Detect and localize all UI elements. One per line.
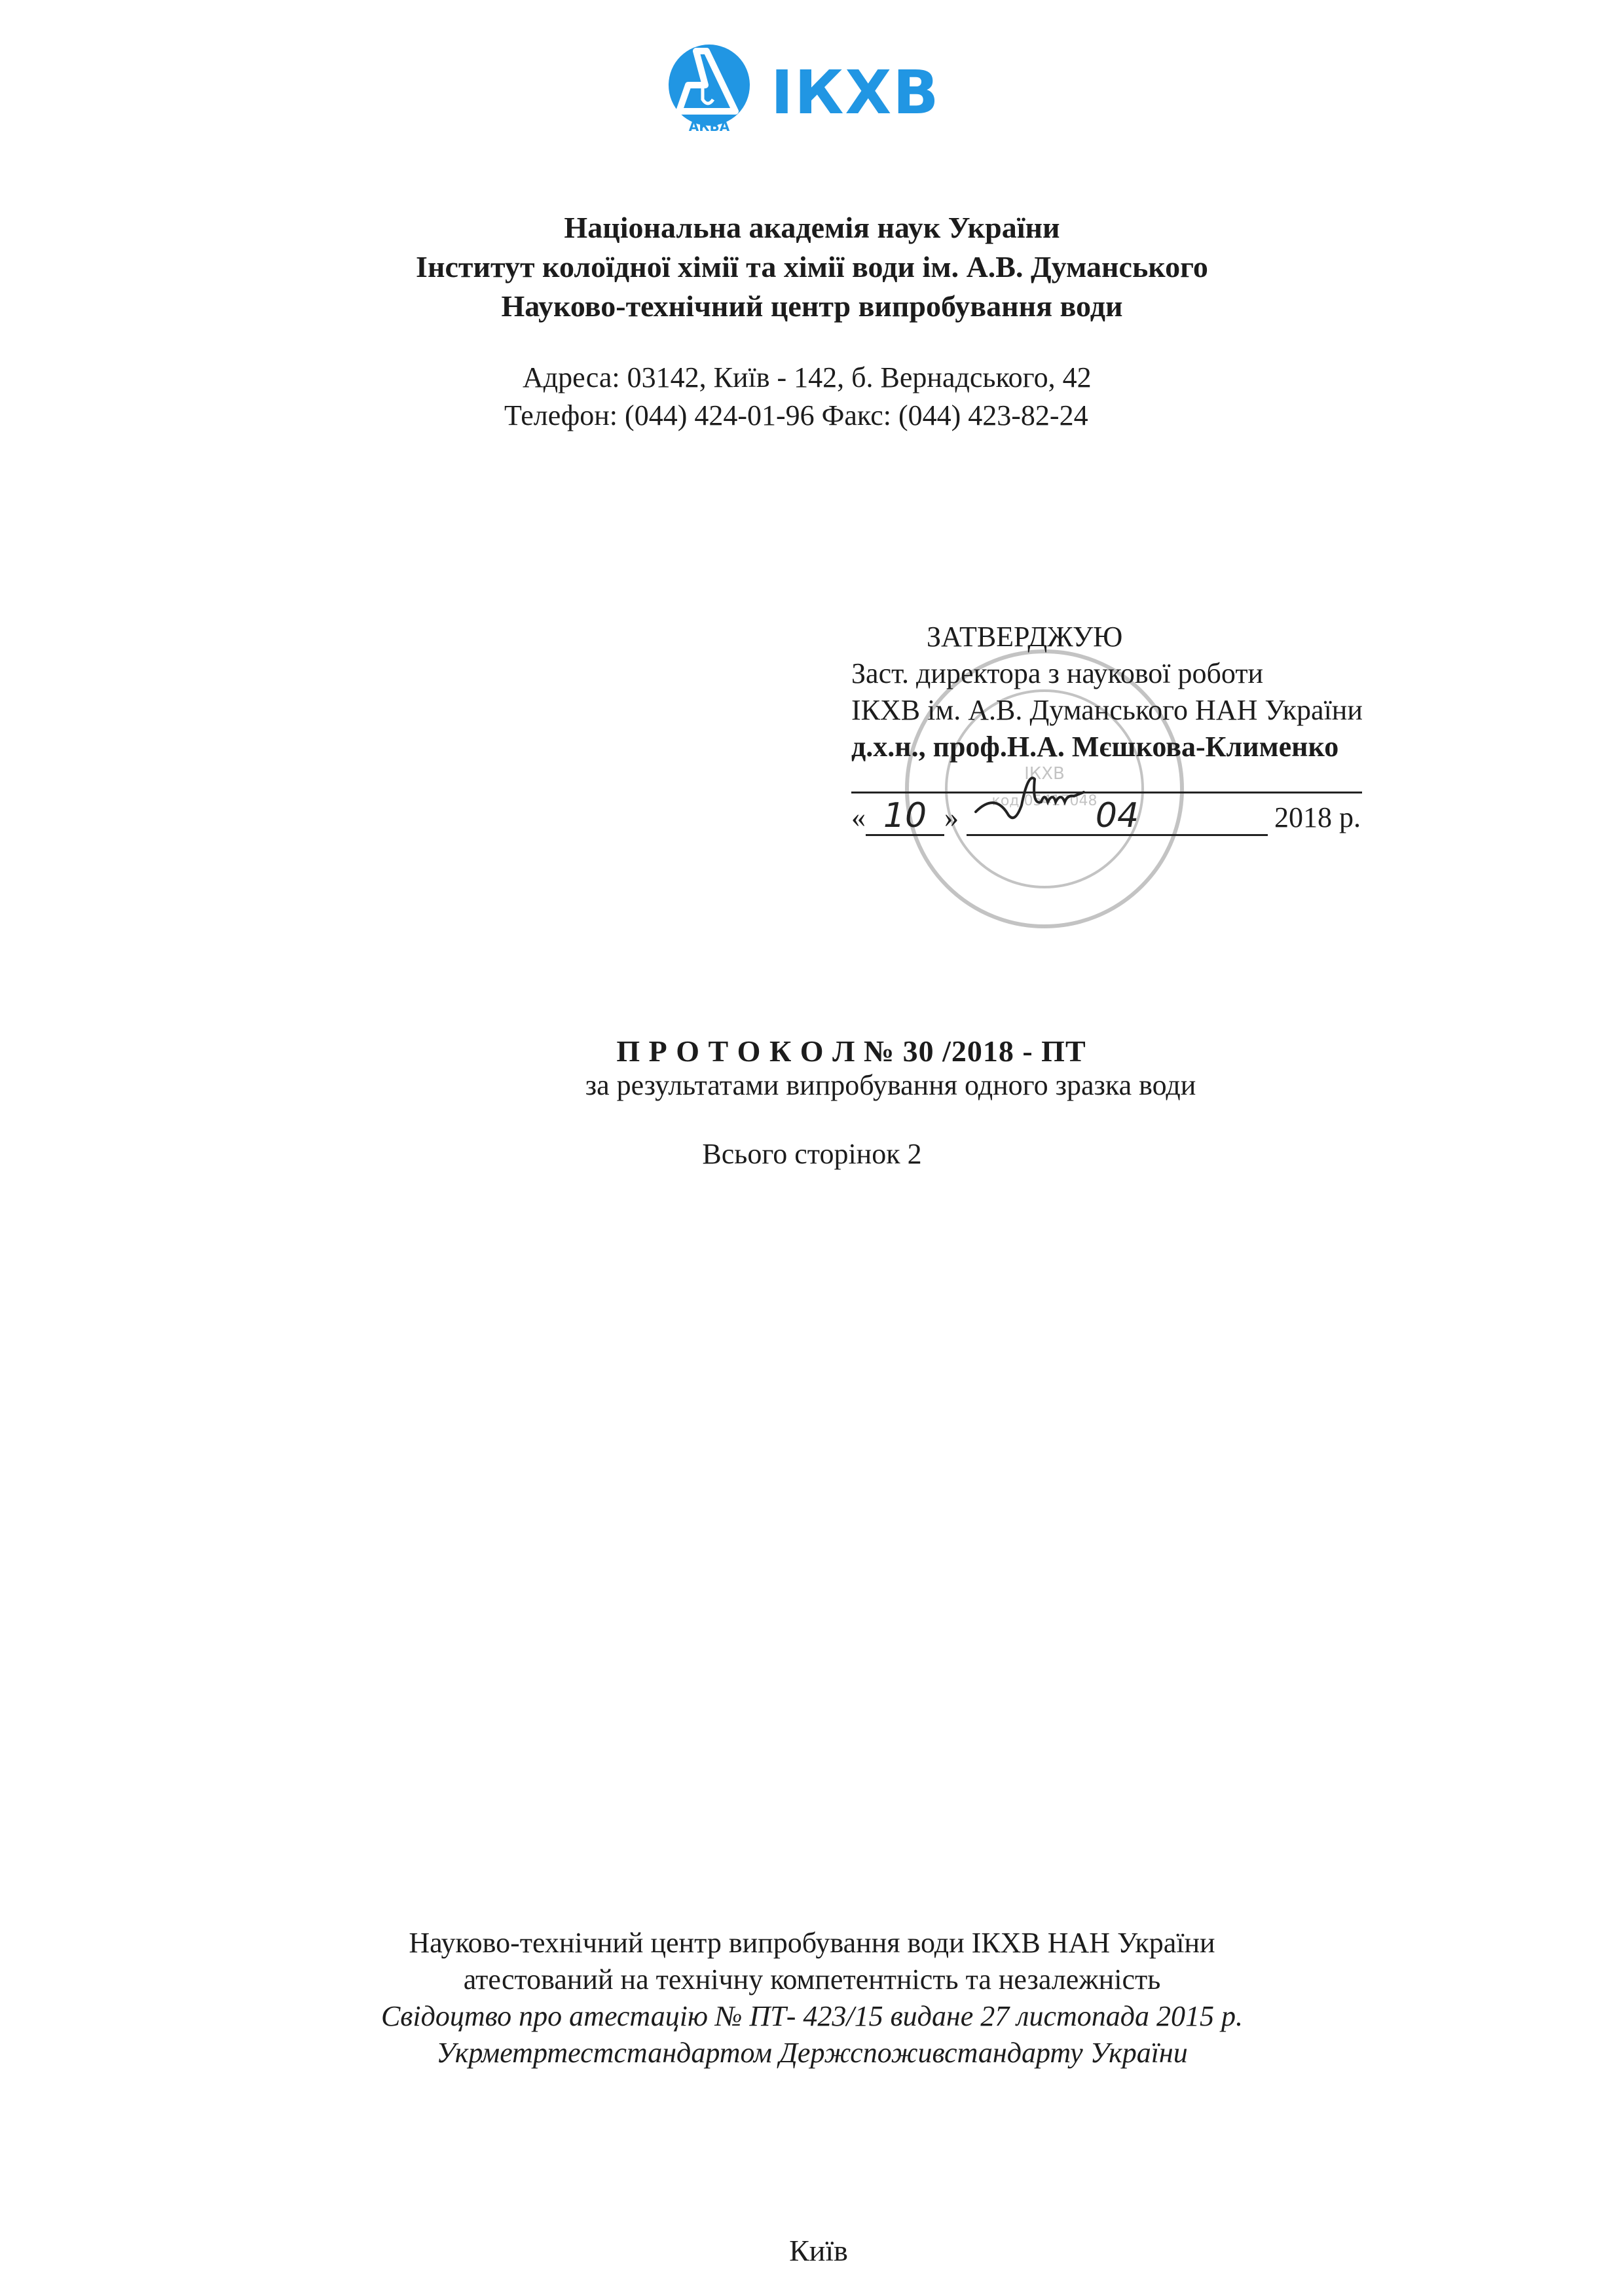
institute-logo: АКВА ІКХВ bbox=[665, 45, 966, 143]
footer-issuer: Укрметртестстандартом Держспоживстандарт… bbox=[0, 2035, 1624, 2071]
approver-name: д.х.н., проф.Н.А. Мєшкова-Клименко bbox=[851, 729, 1493, 765]
protocol-subtitle: за результатами випробування одного зраз… bbox=[0, 1067, 1624, 1104]
approval-block: ЗАТВЕРДЖУЮ Заст. директора з наукової ро… bbox=[851, 619, 1493, 836]
date-open-quote: « bbox=[851, 799, 866, 836]
protocol-title: П Р О Т О К О Л № 30 /2018 - ПТ bbox=[0, 1033, 1624, 1070]
flask-emblem-icon: АКВА bbox=[665, 45, 756, 136]
contacts-block: Адреса: 03142, Київ - 142, б. Вернадсько… bbox=[504, 359, 1092, 435]
approval-title: ЗАТВЕРДЖУЮ bbox=[851, 619, 1493, 655]
address-text: Адреса: 03142, Київ - 142, б. Вернадсько… bbox=[504, 359, 1092, 397]
footer-line-accredited: атестований на технічну компетентність т… bbox=[0, 1961, 1624, 1998]
svg-text:АКВА: АКВА bbox=[689, 118, 730, 134]
approver-organization: ІКХВ ім. А.В. Думанського НАН України bbox=[851, 692, 1493, 729]
header-line-academy: Національна академія наук України bbox=[0, 208, 1624, 247]
handwritten-signature-icon bbox=[969, 766, 1100, 825]
approval-date: « 10 » 04 2018 р. bbox=[851, 797, 1493, 836]
header-line-institute: Інститут колоїдної хімії та хімії води і… bbox=[0, 247, 1624, 287]
phone-fax-text: Телефон: (044) 424-01-96 Факс: (044) 423… bbox=[504, 397, 1092, 435]
date-close-quote: » bbox=[944, 799, 959, 836]
logo-text: ІКХВ bbox=[771, 63, 940, 123]
city: Київ bbox=[0, 2232, 1624, 2269]
signature-line bbox=[851, 765, 1362, 793]
footer-certificate: Свідоцтво про атестацію № ПТ- 423/15 вид… bbox=[0, 1998, 1624, 2035]
accreditation-footer: Науково-технічний центр випробування вод… bbox=[0, 1925, 1624, 2071]
approver-position: Заст. директора з наукової роботи bbox=[851, 655, 1493, 692]
date-day: 10 bbox=[866, 797, 944, 836]
institution-header: Національна академія наук України Інстит… bbox=[0, 208, 1624, 326]
date-year: 2018 р. bbox=[1274, 799, 1361, 836]
footer-line-center: Науково-технічний центр випробування вод… bbox=[0, 1925, 1624, 1961]
pages-total: Всього сторінок 2 bbox=[0, 1136, 1624, 1173]
header-line-center: Науково-технічний центр випробування вод… bbox=[0, 287, 1624, 326]
